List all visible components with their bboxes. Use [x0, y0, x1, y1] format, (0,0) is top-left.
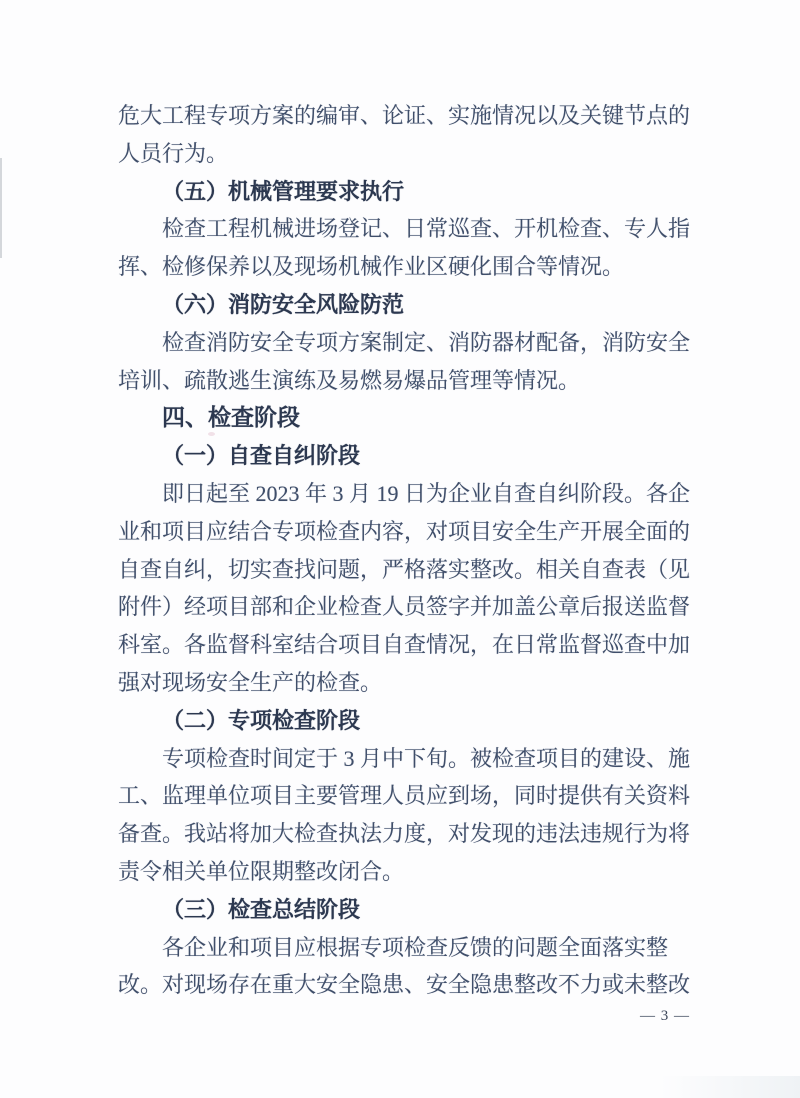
scanned-document-page: 危大工程专项方案的编审、论证、实施情况以及关键节点的人员行为。（五）机械管理要求…: [0, 0, 800, 1098]
body-line: 危大工程专项方案的编审、论证、实施情况以及关键节点的: [118, 97, 698, 135]
body-line: 强对现场安全生产的检查。: [118, 664, 698, 702]
body-line: 附件）经项目部和企业检查人员签字并加盖公章后报送监督: [118, 588, 698, 626]
body-line: 工、监理单位项目主要管理人员应到场，同时提供有关资料: [118, 777, 698, 815]
heading-line: （二）专项检查阶段: [118, 702, 698, 740]
body-line: 检查工程机械进场登记、日常巡查、开机检查、专人指: [118, 210, 698, 248]
scan-corner-smudge: [660, 1076, 800, 1098]
body-line: 科室。各监督科室结合项目自查情况，在日常监督巡查中加: [118, 626, 698, 664]
body-line: 培训、疏散逃生演练及易燃易爆品管理等情况。: [118, 362, 698, 400]
scan-edge-artifact: [0, 158, 2, 258]
heading-line: （一）自查自纠阶段: [118, 437, 698, 475]
body-line: 改。对现场存在重大安全隐患、安全隐患整改不力或未整改: [118, 966, 698, 1004]
heading-line: 四、检查阶段: [118, 399, 698, 437]
document-body: 危大工程专项方案的编审、论证、实施情况以及关键节点的人员行为。（五）机械管理要求…: [118, 97, 698, 1004]
page-number: — 3 —: [640, 1008, 690, 1025]
heading-line: （五）机械管理要求执行: [118, 173, 698, 211]
body-line: 人员行为。: [118, 135, 698, 173]
body-line: 业和项目应结合专项检查内容，对项目安全生产开展全面的: [118, 513, 698, 551]
body-line: 挥、检修保养以及现场机械作业区硬化围合等情况。: [118, 248, 698, 286]
body-line: 检查消防安全专项方案制定、消防器材配备，消防安全: [118, 324, 698, 362]
body-line: 专项检查时间定于 3 月中下旬。被检查项目的建设、施: [118, 740, 698, 778]
body-line: 即日起至 2023 年 3 月 19 日为企业自查自纠阶段。各企: [118, 475, 698, 513]
body-line: 备查。我站将加大检查执法力度，对发现的违法违规行为将: [118, 815, 698, 853]
body-line: 各企业和项目应根据专项检查反馈的问题全面落实整: [118, 929, 698, 967]
heading-line: （六）消防安全风险防范: [118, 286, 698, 324]
heading-line: （三）检查总结阶段: [118, 891, 698, 929]
body-line: 责令相关单位限期整改闭合。: [118, 853, 698, 891]
body-line: 自查自纠，切实查找问题，严格落实整改。相关自查表（见: [118, 551, 698, 589]
